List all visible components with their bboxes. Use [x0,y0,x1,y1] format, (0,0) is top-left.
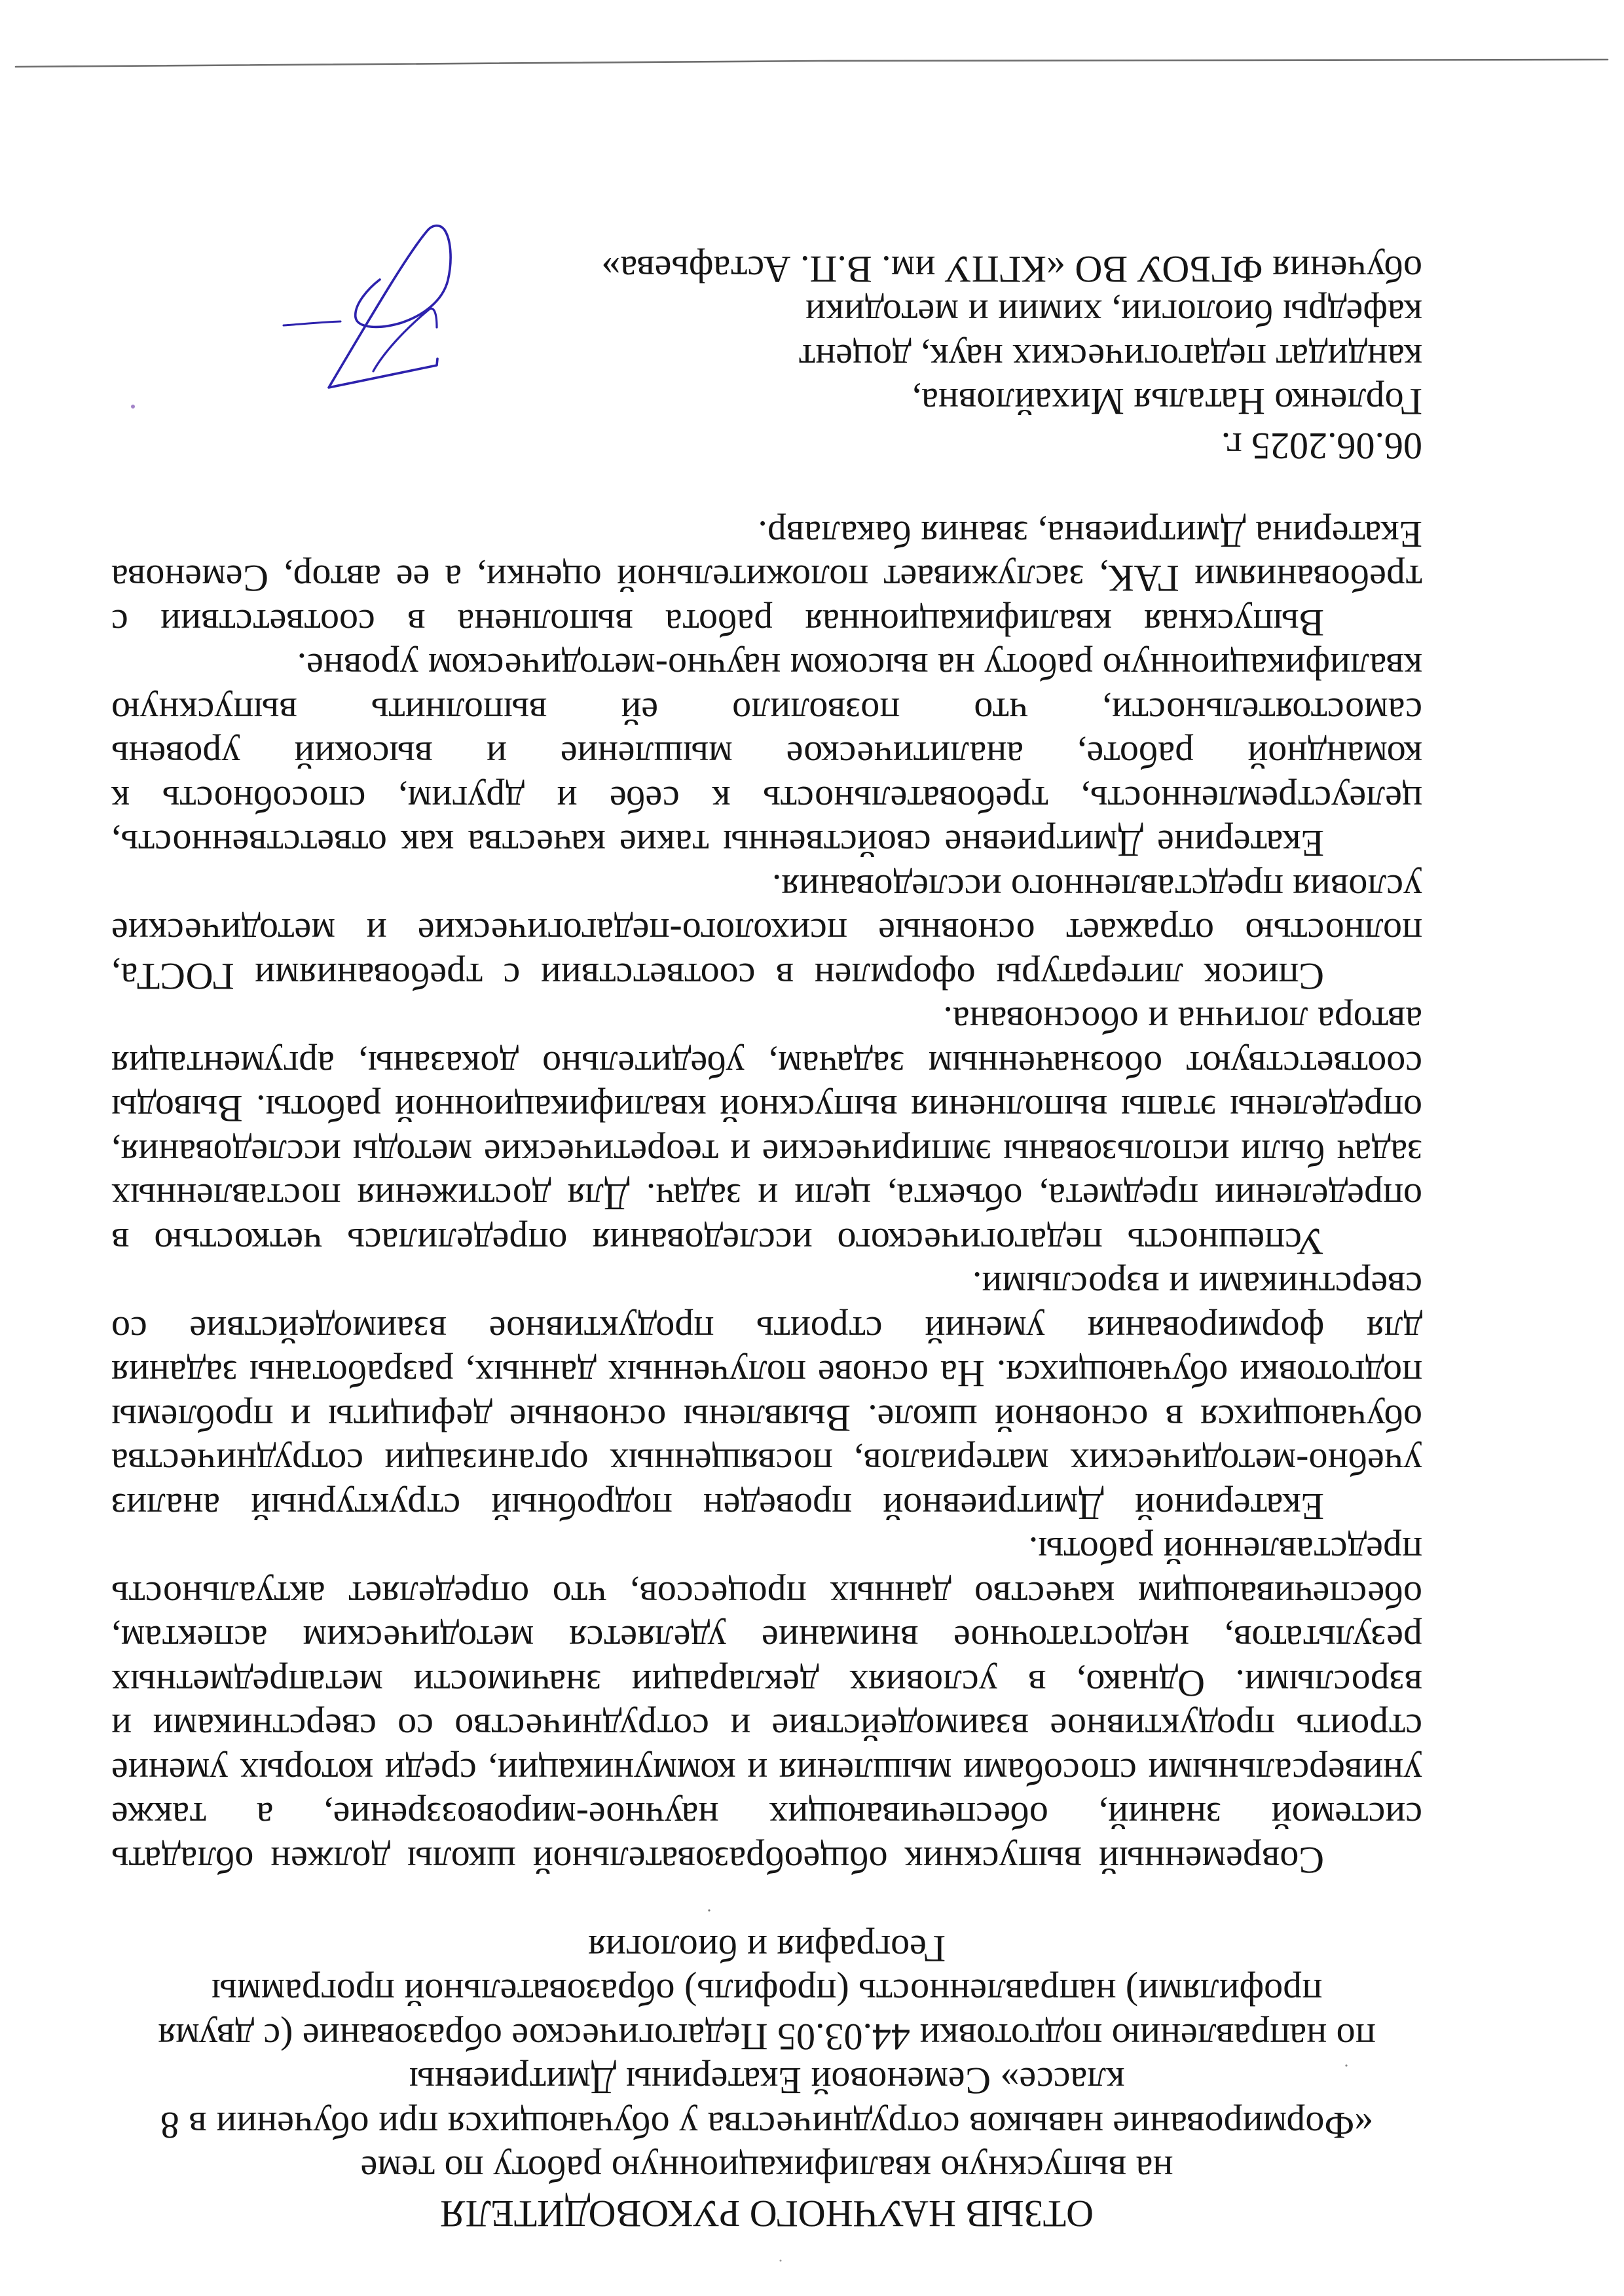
paragraph-analysis: Екатериной Дмитриевной проведен подробны… [111,1264,1422,1529]
document-body: ОТЗЫВ НАУЧНОГО РУКОВОДИТЕЛЯ на выпускную… [111,247,1422,2236]
text-line: квалификационную работу на высоком научн… [111,645,1422,689]
signatory-block: Горленко Наталья Михайловна, кандидат пе… [111,247,1422,424]
text-line: представленной работы. [111,1529,1422,1573]
text-line: командной работе, аналитическое мышление… [111,733,1422,778]
text-line: автора логична и обоснована. [111,998,1422,1043]
paragraph-conclusion: Выпускная квалификационная работа выполн… [111,513,1422,646]
text-line: Современный выпускник общеобразовательно… [111,1838,1422,1883]
text-line: самостоятельности, что позволило ей выпо… [111,689,1422,734]
text-line: Екатерине Дмитриевне свойственны такие к… [111,822,1422,866]
header-line: «Формирование навыков сотрудничества у о… [111,2104,1422,2148]
scanned-page: ОТЗЫВ НАУЧНОГО РУКОВОДИТЕЛЯ на выпускную… [0,0,1624,2296]
text-line: универсальными способами мышления и комм… [111,1750,1422,1795]
text-line: целеустремленность, требовательность к с… [111,778,1422,822]
text-line: условия представленного исследования. [111,866,1422,911]
text-line: учебно-методических материалов, посвящен… [111,1440,1422,1485]
text-line: подготовки обучающихся. На основе получе… [111,1352,1422,1396]
text-line: системой знаний, обеспечивающих научное-… [111,1794,1422,1838]
paragraph-relevance: Современный выпускник общеобразовательно… [111,1529,1422,1882]
text-line: Список литературы оформлен в соответстви… [111,955,1422,999]
signatory-name: Горленко Наталья Михайловна, [111,380,1422,424]
text-line: результатов, недостаточное внимание удел… [111,1617,1422,1662]
spacer [111,468,1422,513]
text-line: Успешность педагогического исследования … [111,1220,1422,1264]
header-line: профилями) направленность (профиль) обра… [111,1971,1422,2015]
text-line: требованиями ГАК, заслуживает положитель… [111,556,1422,601]
text-line: Выпускная квалификационная работа выполн… [111,601,1422,646]
text-line: определении предмета, объекта, цели и за… [111,1175,1422,1220]
paragraph-personal-qualities: Екатерине Дмитриевне свойственны такие к… [111,645,1422,866]
signatory-institution: обучения ФГБОУ ВО «КГПУ им. В.П. Астафье… [111,247,1422,292]
supervisor-review-document: ОТЗЫВ НАУЧНОГО РУКОВОДИТЕЛЯ на выпускную… [0,0,1624,2296]
header-line: классе» Семеновой Екатерины Дмитриевны [111,2059,1422,2104]
text-line: взрослыми. Однако, в условиях декларации… [111,1662,1422,1706]
text-line: соответствуют обозначенным задачам, убед… [111,1043,1422,1087]
text-line: Екатериной Дмитриевной проведен подробны… [111,1485,1422,1529]
spacer [111,1882,1422,1927]
text-line: полностью отражает основные психолого-пе… [111,910,1422,955]
review-date: 06.06.2025 г. [111,424,1422,469]
header-line: по направлению подготовки 44.03.05 Педаг… [111,2015,1422,2060]
text-line: сверстниками и взрослыми. [111,1264,1422,1308]
signatory-degree: кандидат педагогических наук, доцент [111,336,1422,380]
signatory-department: кафедры биологии, химии и методики [111,291,1422,336]
text-line: обеспечивающим качество данных процессов… [111,1573,1422,1618]
text-line: для формирования умений строить продукти… [111,1308,1422,1353]
text-line: задач были использованы эмпирические и т… [111,1131,1422,1176]
document-title: ОТЗЫВ НАУЧНОГО РУКОВОДИТЕЛЯ [111,2192,1422,2236]
header-line: на выпускную квалификационную работу по … [111,2147,1422,2192]
profile-line: География и биология [111,1927,1422,1971]
paragraph-references: Список литературы оформлен в соответстви… [111,866,1422,999]
paragraph-methodology: Успешность педагогического исследования … [111,998,1422,1264]
text-line: строить продуктивное взаимодействие и со… [111,1705,1422,1750]
text-line: определены этапы выполнения выпускной кв… [111,1087,1422,1131]
text-line: Екатерина Дмитриевна, звания бакалавр. [111,513,1422,557]
text-line: обучающихся в основной школе. Выявлены о… [111,1396,1422,1441]
